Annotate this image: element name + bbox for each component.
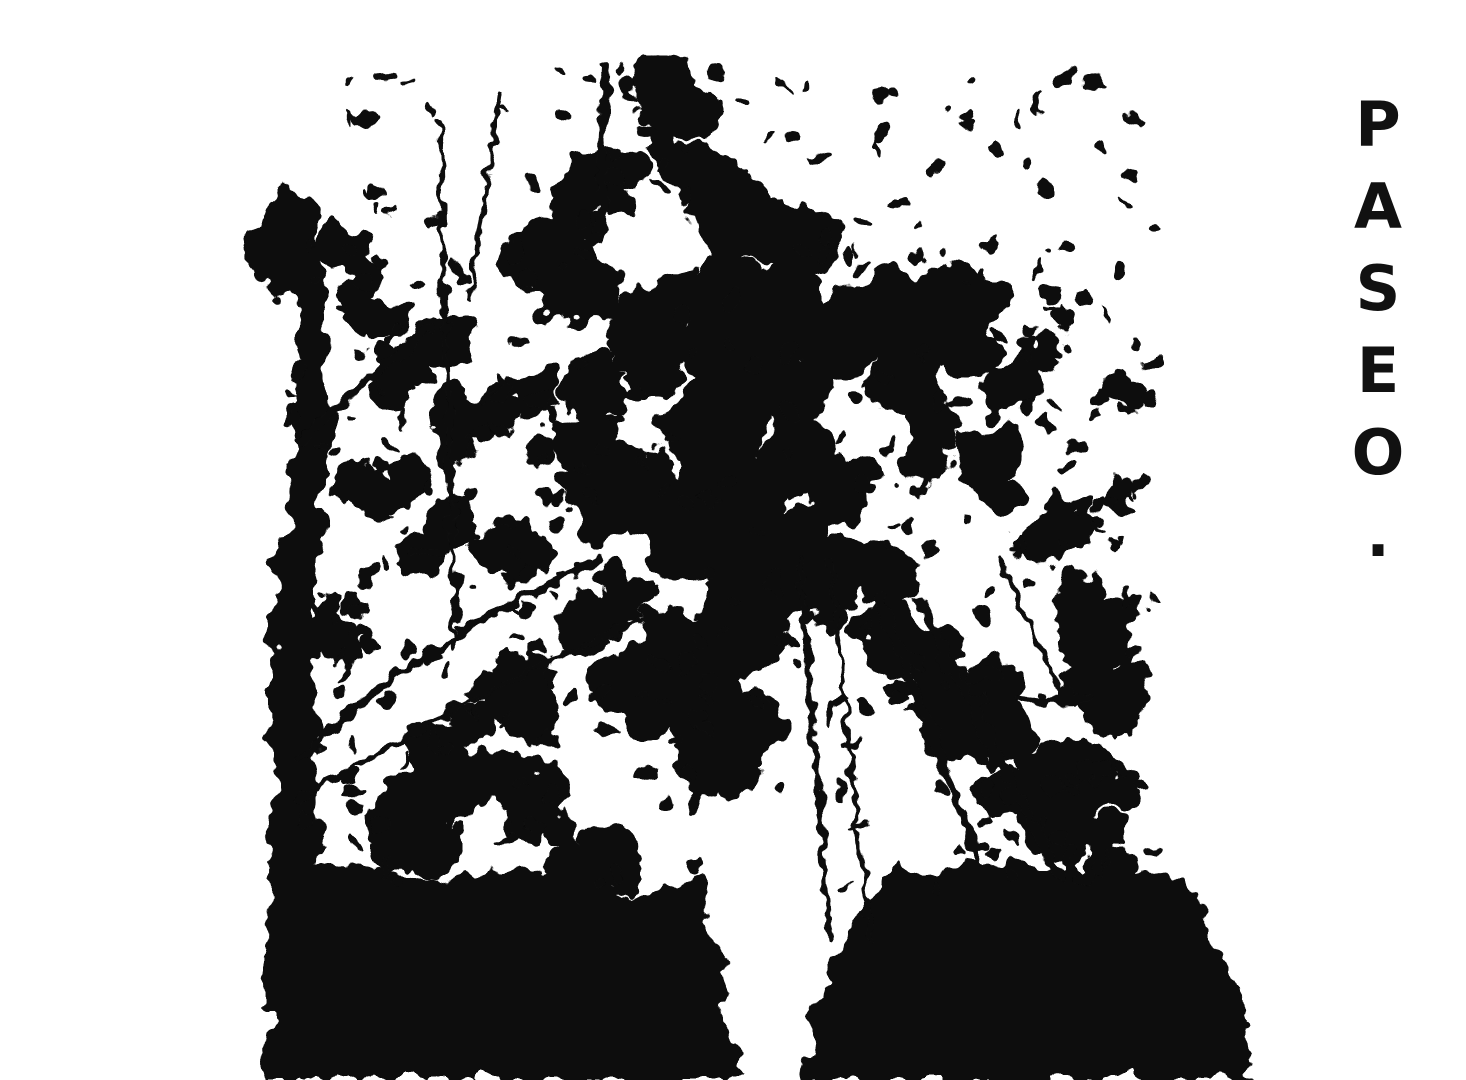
title-letter: S [1356,248,1401,330]
title-letter: P [1355,84,1400,166]
paseo-title: P A S E O . [1338,84,1418,576]
title-letter: A [1354,166,1402,248]
title-letter: E [1357,330,1399,412]
tree-canopy-drawing [0,0,1466,1080]
title-letter: O [1352,412,1405,494]
title-letter: . [1366,494,1390,576]
